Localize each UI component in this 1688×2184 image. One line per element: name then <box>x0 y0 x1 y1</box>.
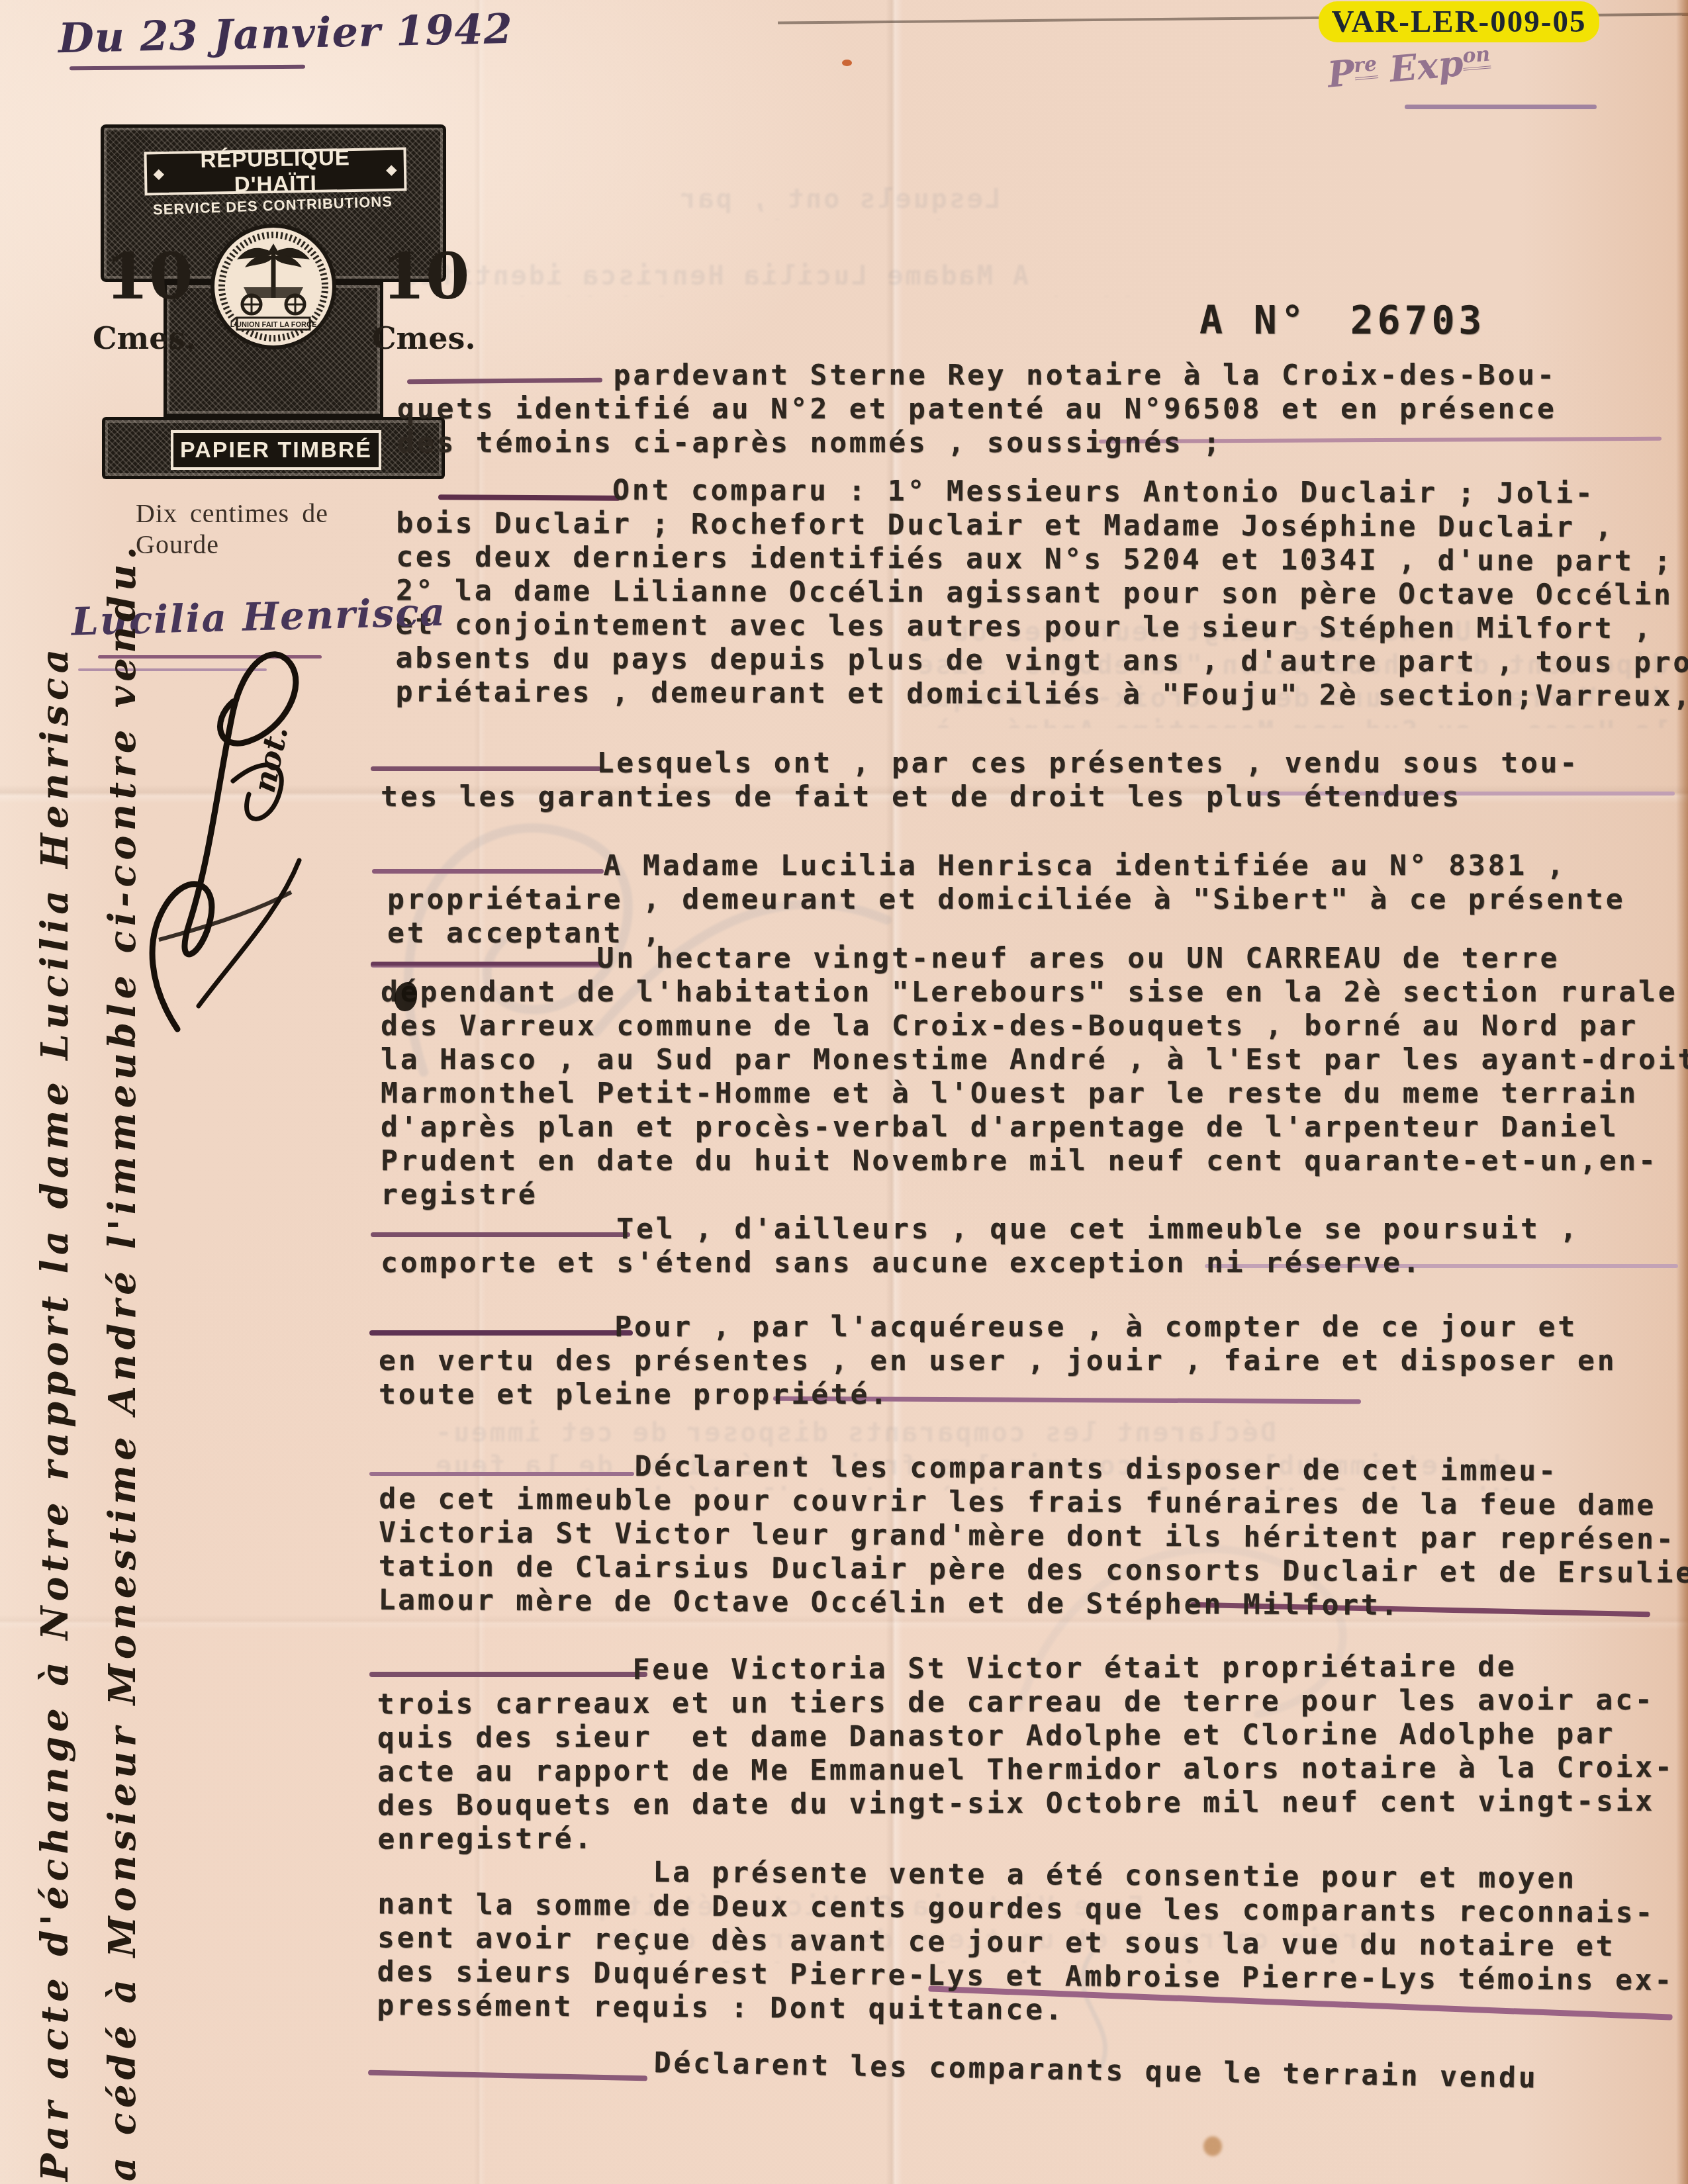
scanned-notarial-deed: Lesquels ont , par ces présentes , vendu… <box>0 0 1688 2184</box>
notary-signature-flourish <box>0 0 1688 2184</box>
